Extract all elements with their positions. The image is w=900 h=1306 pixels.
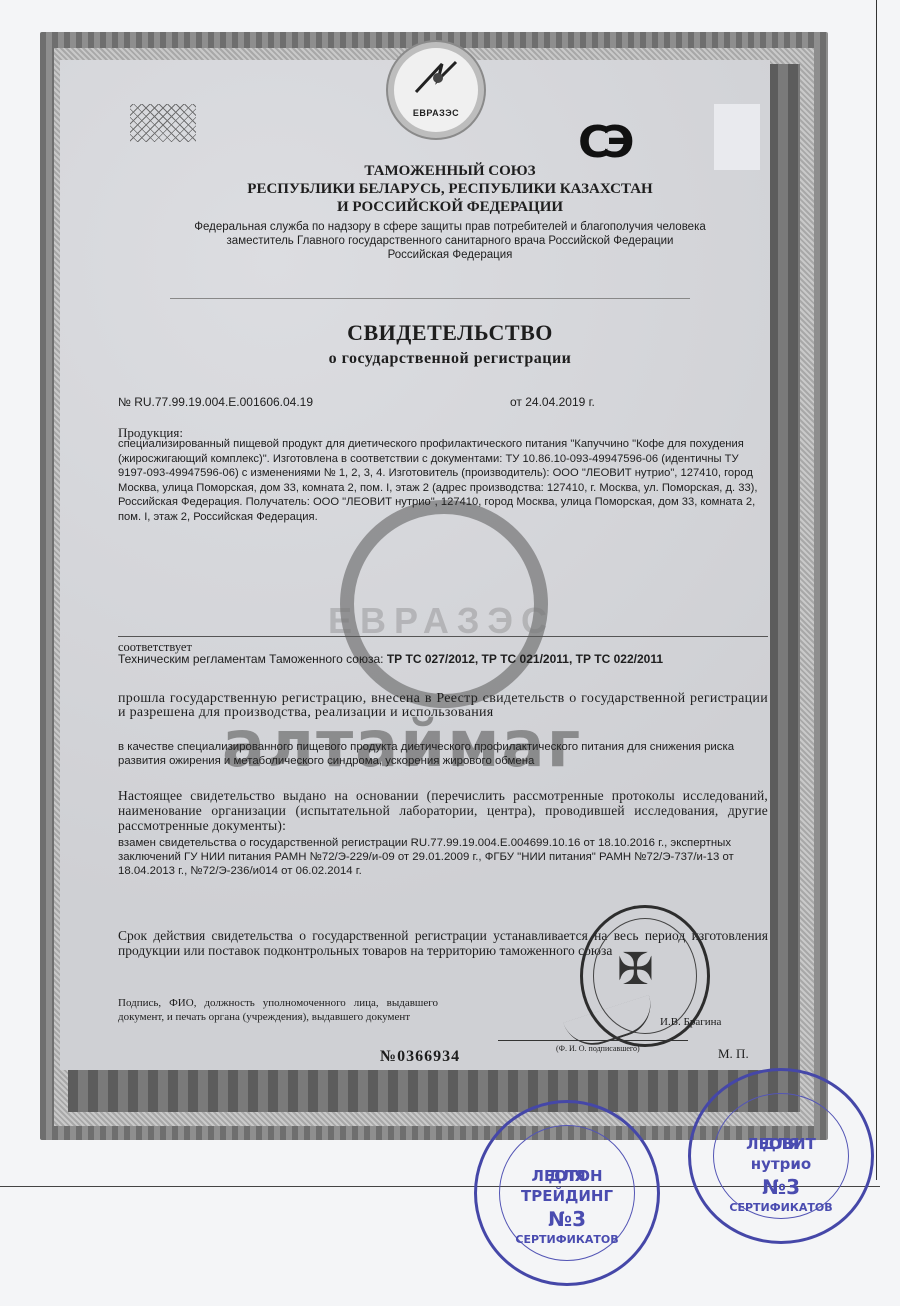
- company-stamp-leovit: ДЛЯ ЛЕОВИТ нутрио №3 СЕРТИФИКАТОВ: [688, 1068, 874, 1244]
- certificate-date: от 24.04.2019 г.: [510, 395, 595, 409]
- form-serial-number: №0366934: [380, 1048, 460, 1066]
- registration-usage: в качестве специализированного пищевого …: [118, 740, 768, 768]
- service-header: Федеральная служба по надзору в сфере за…: [110, 220, 790, 262]
- signature-label: Подпись, ФИО, должность уполномоченного …: [118, 996, 438, 1024]
- registration-statement: прошла государственную регистрацию, внес…: [118, 692, 768, 720]
- certificate-number: № RU.77.99.19.004.Е.001606.04.19: [118, 395, 313, 409]
- seal-place-mark: М. П.: [718, 1046, 749, 1062]
- emblem-text: ЕВРАЗЭС: [394, 108, 478, 118]
- blank-box: [714, 104, 760, 170]
- certificate-title: СВИДЕТЕЛЬСТВО: [120, 320, 780, 346]
- separator: [118, 636, 768, 637]
- basis-documents: взамен свидетельства о государственной р…: [118, 836, 768, 878]
- fio-hint: (Ф. И. О. подписавшего): [556, 1044, 640, 1053]
- security-pattern: [130, 104, 196, 142]
- union-header: ТАМОЖЕННЫЙ СОЮЗ РЕСПУБЛИКИ БЕЛАРУСЬ, РЕС…: [120, 162, 780, 216]
- signature-line: [498, 1040, 688, 1041]
- basis-statement: Настоящее свидетельство выдано на основа…: [118, 788, 768, 833]
- certificate-subtitle: о государственной регистрации: [120, 350, 780, 368]
- signer-name: И.В. Брагина: [660, 1016, 721, 1028]
- page-edge-line: [876, 0, 877, 1180]
- evrazes-emblem: ЕВРАЗЭС: [388, 42, 484, 138]
- conformity-regulations: Техническим регламентам Таможенного союз…: [118, 652, 663, 666]
- eagle-emblem-icon: ✠: [617, 944, 654, 995]
- company-stamp-leoton: ДЛЯ ЛЕОТОН ТРЕЙДИНГ №3 СЕРТИФИКАТОВ: [474, 1100, 660, 1286]
- se-conformity-mark-icon: СЭ: [578, 117, 627, 168]
- product-description: специализированный пищевой продукт для д…: [118, 437, 768, 524]
- separator: [170, 298, 690, 299]
- evrazes-logo-icon: [412, 58, 460, 98]
